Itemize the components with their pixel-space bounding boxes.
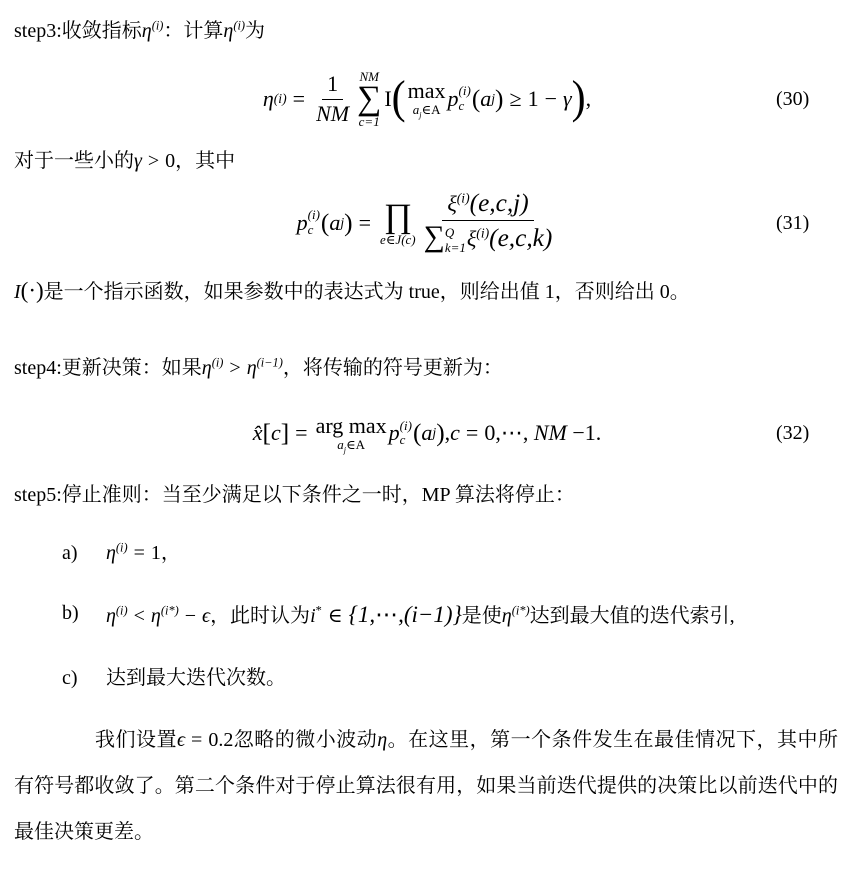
epsilon-value: 0.2 bbox=[208, 729, 233, 751]
step5-text: step5:停止准则：当至少满足以下条件之一时，MP 算法将停止： bbox=[14, 484, 575, 506]
equation-number-31: (31) bbox=[776, 212, 840, 235]
star-superscript: * bbox=[316, 604, 322, 618]
left-paren: ( bbox=[321, 209, 329, 238]
gamma-line-pre: 对于一些小的 bbox=[14, 150, 134, 172]
geq-sign: ≥ bbox=[509, 86, 521, 112]
argmax-under-limit: aj∈A bbox=[337, 438, 365, 455]
minus-sign: − bbox=[185, 605, 196, 627]
equation-32: x̂[c] = arg maxaj∈A p(i)c (aj) ,c=0,⋯, N… bbox=[14, 413, 840, 455]
summation: NM∑c=1 bbox=[357, 70, 381, 128]
p-subscript: c bbox=[400, 433, 406, 448]
max-word: max bbox=[408, 78, 446, 103]
step4-suffix: ，将传输的符号更新为： bbox=[283, 357, 503, 379]
gamma-line-post: ，其中 bbox=[175, 150, 235, 172]
args-c: (c) bbox=[401, 232, 415, 247]
left-bracket: [ bbox=[263, 419, 271, 448]
var-p: p bbox=[448, 86, 459, 112]
less-than-sign: < bbox=[134, 605, 145, 627]
argmax-word: arg max bbox=[316, 413, 387, 438]
eta-symbol: η bbox=[247, 357, 257, 379]
indicator-function-symbol: I bbox=[384, 86, 391, 112]
eta-superscript: (i) bbox=[152, 18, 164, 32]
document-page: { "page": { "background": "#ffffff", "te… bbox=[0, 0, 852, 885]
comma: , bbox=[586, 86, 592, 112]
indicator-text: 是一个指示函数，如果参数中的表达式为 true，则给出值 1，否则给出 0。 bbox=[44, 281, 690, 303]
alphabet-set: A bbox=[431, 102, 440, 117]
item-b-text3: 达到最大值的迭代索引, bbox=[530, 605, 735, 627]
equation-number-32: (32) bbox=[776, 422, 840, 445]
step5-line: step5:停止准则：当至少满足以下条件之一时，MP 算法将停止： bbox=[14, 480, 840, 510]
eta-symbol: η bbox=[106, 605, 116, 627]
var-p: p bbox=[389, 420, 400, 446]
condition-item-b: b) η(i)<η(i*)−ϵ，此时认为i*∈{1,⋯,(i−1)}是使η(i*… bbox=[14, 598, 840, 633]
closing-paragraph: 我们设置ϵ=0.2忽略的微小波动η。在这里，第一个条件发生在最佳情况下，其中所有… bbox=[14, 717, 838, 855]
number-zero: 0 bbox=[165, 150, 175, 172]
step3-mid: ：计算 bbox=[163, 20, 223, 42]
right-paren: ) bbox=[436, 419, 444, 448]
step4-line: step4:更新决策：如果η(i)>η(i−1)，将传输的符号更新为： bbox=[14, 353, 840, 383]
left-paren: ( bbox=[413, 419, 421, 448]
eta-symbol: η bbox=[151, 605, 161, 627]
eta-symbol: η bbox=[142, 20, 152, 42]
p-superscript: (i) bbox=[400, 419, 412, 434]
eta-symbol: η bbox=[377, 729, 387, 751]
equals-sign: = bbox=[295, 420, 307, 446]
right-paren: ) bbox=[344, 209, 352, 238]
product-operator: ∏e∈J(c) bbox=[380, 201, 416, 246]
eta-symbol: η bbox=[223, 20, 233, 42]
argmax-operator: arg maxaj∈A bbox=[316, 413, 387, 455]
equation-32-body: x̂[c] = arg maxaj∈A p(i)c (aj) ,c=0,⋯, N… bbox=[14, 413, 776, 455]
var-c: c bbox=[450, 420, 460, 446]
eta-symbol: η bbox=[263, 86, 274, 112]
var-NM: NM bbox=[534, 420, 567, 446]
eta-symbol: η bbox=[106, 542, 116, 564]
big-right-paren: ) bbox=[572, 82, 586, 117]
equation-30: η(i) = 1NM NM∑c=1 I ( maxaj∈A p(i)c (aj)… bbox=[14, 70, 840, 128]
fraction-denominator: NM bbox=[316, 100, 349, 126]
sum-subscript: k=1 bbox=[445, 241, 466, 256]
closing-text2: 忽略的微小波动 bbox=[233, 729, 377, 751]
gamma-symbol: γ bbox=[563, 86, 572, 112]
p-subscript: c bbox=[308, 223, 314, 238]
greater-than-sign: > bbox=[229, 357, 240, 379]
fraction-numerator: ξ(i)(e,c,j) bbox=[442, 190, 533, 221]
sum-operator: ∑ bbox=[357, 83, 381, 115]
p-superscript: (i) bbox=[308, 208, 320, 223]
element-of: ∈ bbox=[421, 102, 431, 117]
eta-superscript: (i) bbox=[116, 541, 128, 555]
item-label-b: b) bbox=[62, 598, 106, 628]
eta-symbol: η bbox=[202, 357, 212, 379]
eta-symbol: η bbox=[502, 605, 512, 627]
equals-sign: = bbox=[293, 86, 305, 112]
minus-sign: − bbox=[545, 86, 557, 112]
var-p: p bbox=[297, 210, 308, 236]
closing-text1: 我们设置 bbox=[95, 729, 177, 751]
p-scripts: (i)c bbox=[308, 208, 320, 238]
p-scripts: (i)c bbox=[459, 84, 471, 114]
xi-symbol: ξ bbox=[467, 226, 476, 251]
p-superscript: (i) bbox=[459, 84, 471, 99]
indicator-function-symbol: I bbox=[14, 281, 21, 303]
step3-suffix: 为 bbox=[245, 20, 265, 42]
step3-prefix: step3:收敛指标 bbox=[14, 20, 142, 42]
comma: , bbox=[523, 420, 529, 446]
right-paren: ) bbox=[495, 85, 503, 114]
equation-30-body: η(i) = 1NM NM∑c=1 I ( maxaj∈A p(i)c (aj)… bbox=[14, 70, 776, 128]
eta-superscript: (i) bbox=[233, 18, 245, 32]
left-paren: ( bbox=[472, 85, 480, 114]
equals-sign: = bbox=[134, 542, 145, 564]
comma: ， bbox=[161, 542, 181, 564]
sum-superscript: Q bbox=[445, 226, 454, 241]
eta-superscript-star: (i*) bbox=[512, 604, 530, 618]
right-bracket: ] bbox=[281, 419, 289, 448]
item-a-formula: η(i)=1， bbox=[106, 538, 181, 568]
xi-superscript: (i) bbox=[476, 226, 489, 241]
item-b-content: η(i)<η(i*)−ϵ，此时认为i*∈{1,⋯,(i−1)}是使η(i*)达到… bbox=[106, 598, 735, 633]
equals-sign: = bbox=[191, 729, 202, 751]
prod-symbol: ∏ bbox=[384, 201, 412, 233]
fraction-numerator: 1 bbox=[322, 72, 343, 99]
x-hat-symbol: x̂ bbox=[253, 420, 263, 446]
sum-scripts: Qk=1 bbox=[445, 226, 466, 256]
item-b-text1: ，此时认为 bbox=[210, 605, 310, 627]
cdots-symbol: ⋯ bbox=[501, 420, 523, 446]
prod-lower-limit: e∈J(c) bbox=[380, 233, 416, 246]
eta-superscript: (i) bbox=[212, 355, 224, 369]
var-a: a bbox=[480, 86, 491, 112]
var-a: a bbox=[421, 420, 432, 446]
eta-superscript-star: (i*) bbox=[161, 604, 179, 618]
equation-31-body: p(i)c (aj) = ∏e∈J(c) ξ(i)(e,c,j) ∑Qk=1ξ(… bbox=[14, 190, 776, 256]
xi-superscript: (i) bbox=[457, 191, 470, 206]
xi-args: (e,c,k) bbox=[489, 224, 552, 252]
item-b-text2: 是使 bbox=[462, 605, 502, 627]
element-of: ∈ bbox=[328, 605, 343, 627]
p-scripts: (i)c bbox=[400, 419, 412, 449]
zero-comma: 0, bbox=[484, 420, 501, 446]
sum-operator: ∑ bbox=[424, 221, 445, 253]
condition-item-c: c) 达到最大迭代次数。 bbox=[14, 663, 840, 693]
eta-superscript: (i−1) bbox=[257, 355, 283, 369]
number-one: 1 bbox=[528, 86, 539, 112]
element-of: ∈ bbox=[386, 232, 396, 247]
dot-argument: (·) bbox=[21, 278, 44, 303]
equation-31: p(i)c (aj) = ∏e∈J(c) ξ(i)(e,c,j) ∑Qk=1ξ(… bbox=[14, 190, 840, 256]
max-operator: maxaj∈A bbox=[408, 78, 446, 120]
eta-superscript: (i) bbox=[274, 91, 287, 107]
equation-number-30: (30) bbox=[776, 88, 840, 111]
equals-sign: = bbox=[466, 420, 478, 446]
step3-line: step3:收敛指标η(i)：计算η(i)为 bbox=[14, 16, 840, 46]
greater-than-sign: > bbox=[148, 150, 159, 172]
gamma-line: 对于一些小的γ>0，其中 bbox=[14, 146, 840, 176]
fraction: 1NM bbox=[316, 72, 349, 125]
alphabet-set: A bbox=[356, 437, 365, 452]
item-label-c: c) bbox=[62, 663, 106, 693]
indicator-line: I(·)是一个指示函数，如果参数中的表达式为 true，则给出值 1，否则给出 … bbox=[14, 274, 840, 309]
condition-item-a: a) η(i)=1， bbox=[14, 538, 840, 568]
var-a: a bbox=[329, 210, 340, 236]
max-under-limit: aj∈A bbox=[413, 103, 441, 120]
step4-prefix: step4:更新决策：如果 bbox=[14, 357, 202, 379]
var-c: c bbox=[271, 420, 281, 446]
element-of: ∈ bbox=[346, 437, 356, 452]
epsilon-symbol: ϵ bbox=[202, 605, 210, 627]
xi-args: (e,c,j) bbox=[470, 189, 529, 217]
equals-sign: = bbox=[359, 210, 371, 236]
number-one: 1 bbox=[151, 542, 161, 564]
minus-one: −1. bbox=[572, 420, 601, 446]
p-subscript: c bbox=[459, 99, 465, 114]
epsilon-symbol: ϵ bbox=[177, 729, 185, 751]
index-set: {1,⋯,(i−1)} bbox=[349, 602, 462, 627]
big-left-paren: ( bbox=[392, 82, 406, 117]
fraction: ξ(i)(e,c,j) ∑Qk=1ξ(i)(e,c,k) bbox=[424, 190, 553, 256]
sum-lower-limit: c=1 bbox=[359, 115, 380, 128]
item-c-text: 达到最大迭代次数。 bbox=[106, 663, 286, 693]
xi-symbol: ξ bbox=[447, 191, 456, 216]
gamma-symbol: γ bbox=[134, 150, 142, 172]
item-label-a: a) bbox=[62, 538, 106, 568]
fraction-denominator: ∑Qk=1ξ(i)(e,c,k) bbox=[424, 221, 553, 256]
eta-superscript: (i) bbox=[116, 604, 128, 618]
